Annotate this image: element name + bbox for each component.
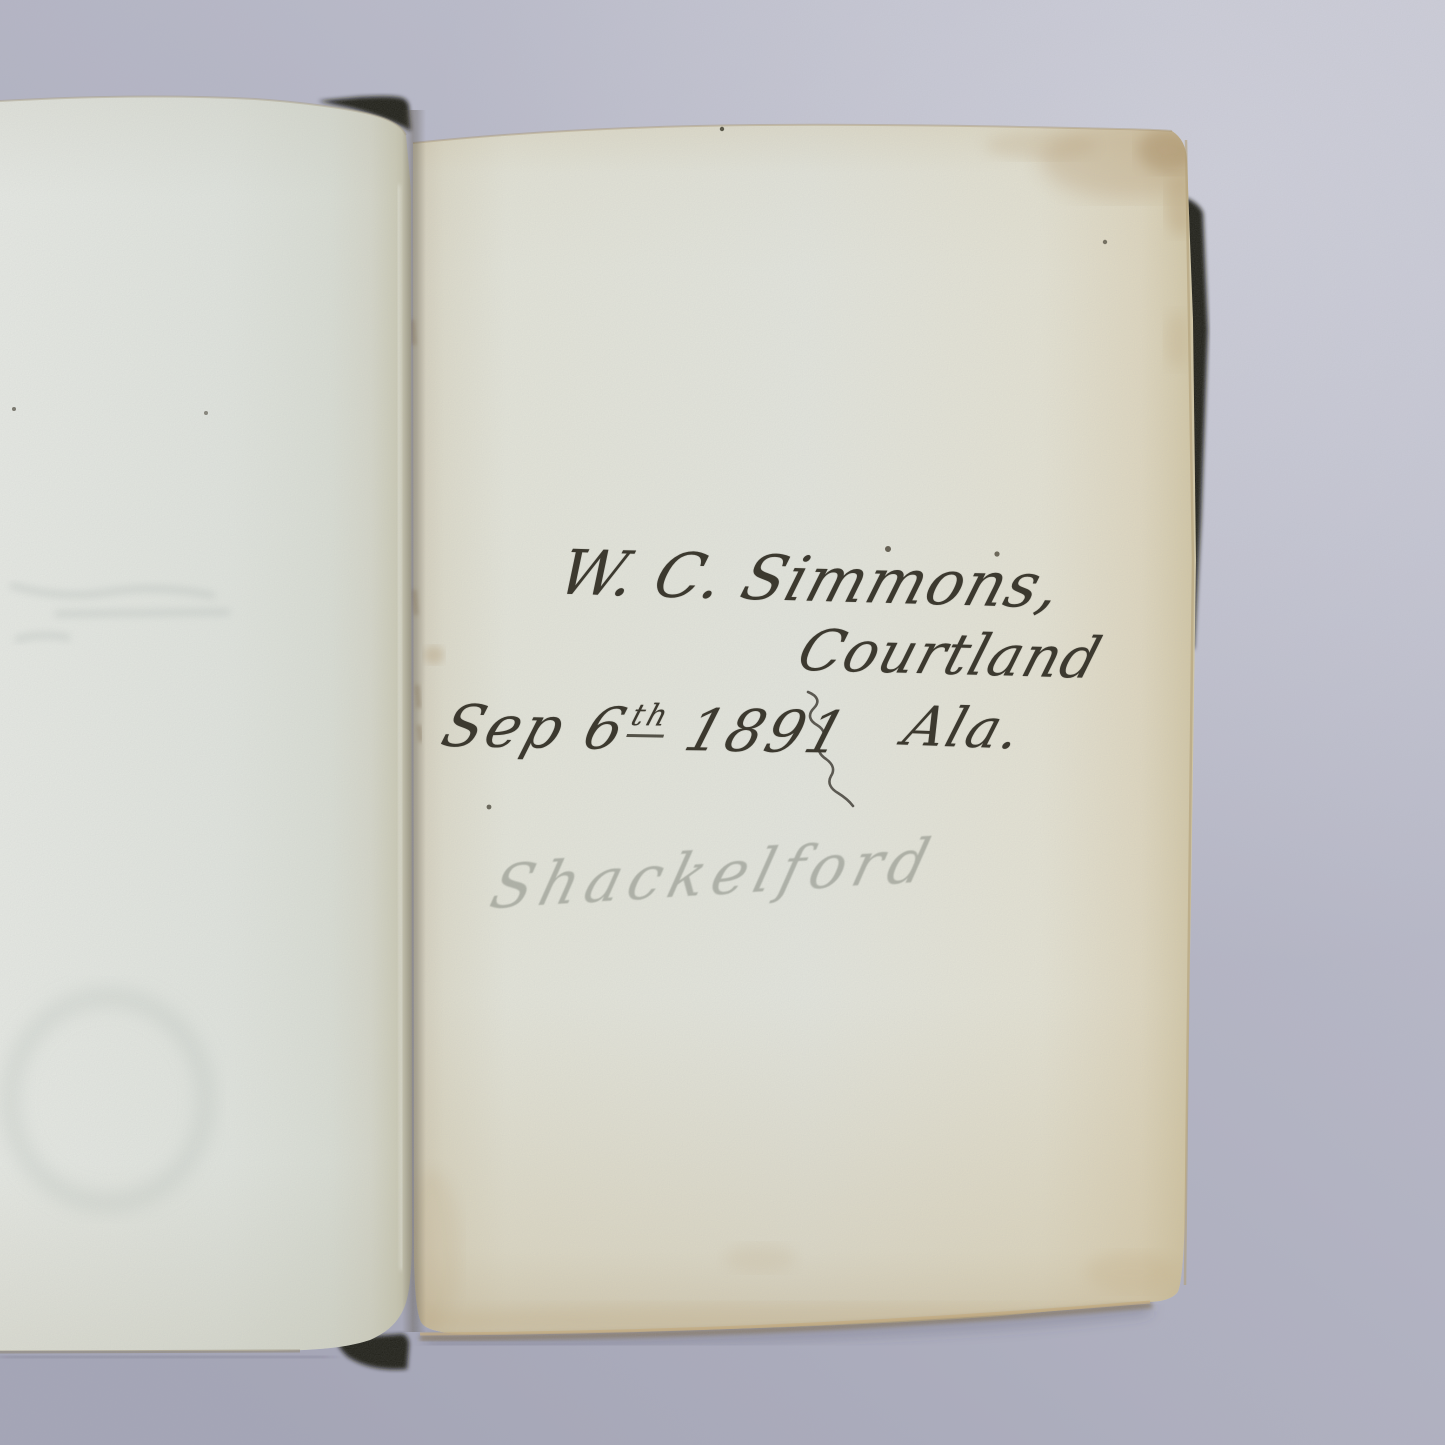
photograph-of-open-book: W. C. Simmons, Courtland Sep 6th1891 Ala… — [0, 0, 1445, 1445]
inscription-date: Sep 6th1891 — [434, 692, 857, 767]
inscription-date-monthday: Sep 6 — [434, 692, 636, 763]
inscription-city: Courtland — [790, 618, 1109, 692]
inscription-state: Ala. — [897, 694, 1032, 761]
inscription-owner-name: W. C. Simmons, — [550, 536, 1071, 622]
inscription-date-year: 1891 — [677, 696, 857, 766]
